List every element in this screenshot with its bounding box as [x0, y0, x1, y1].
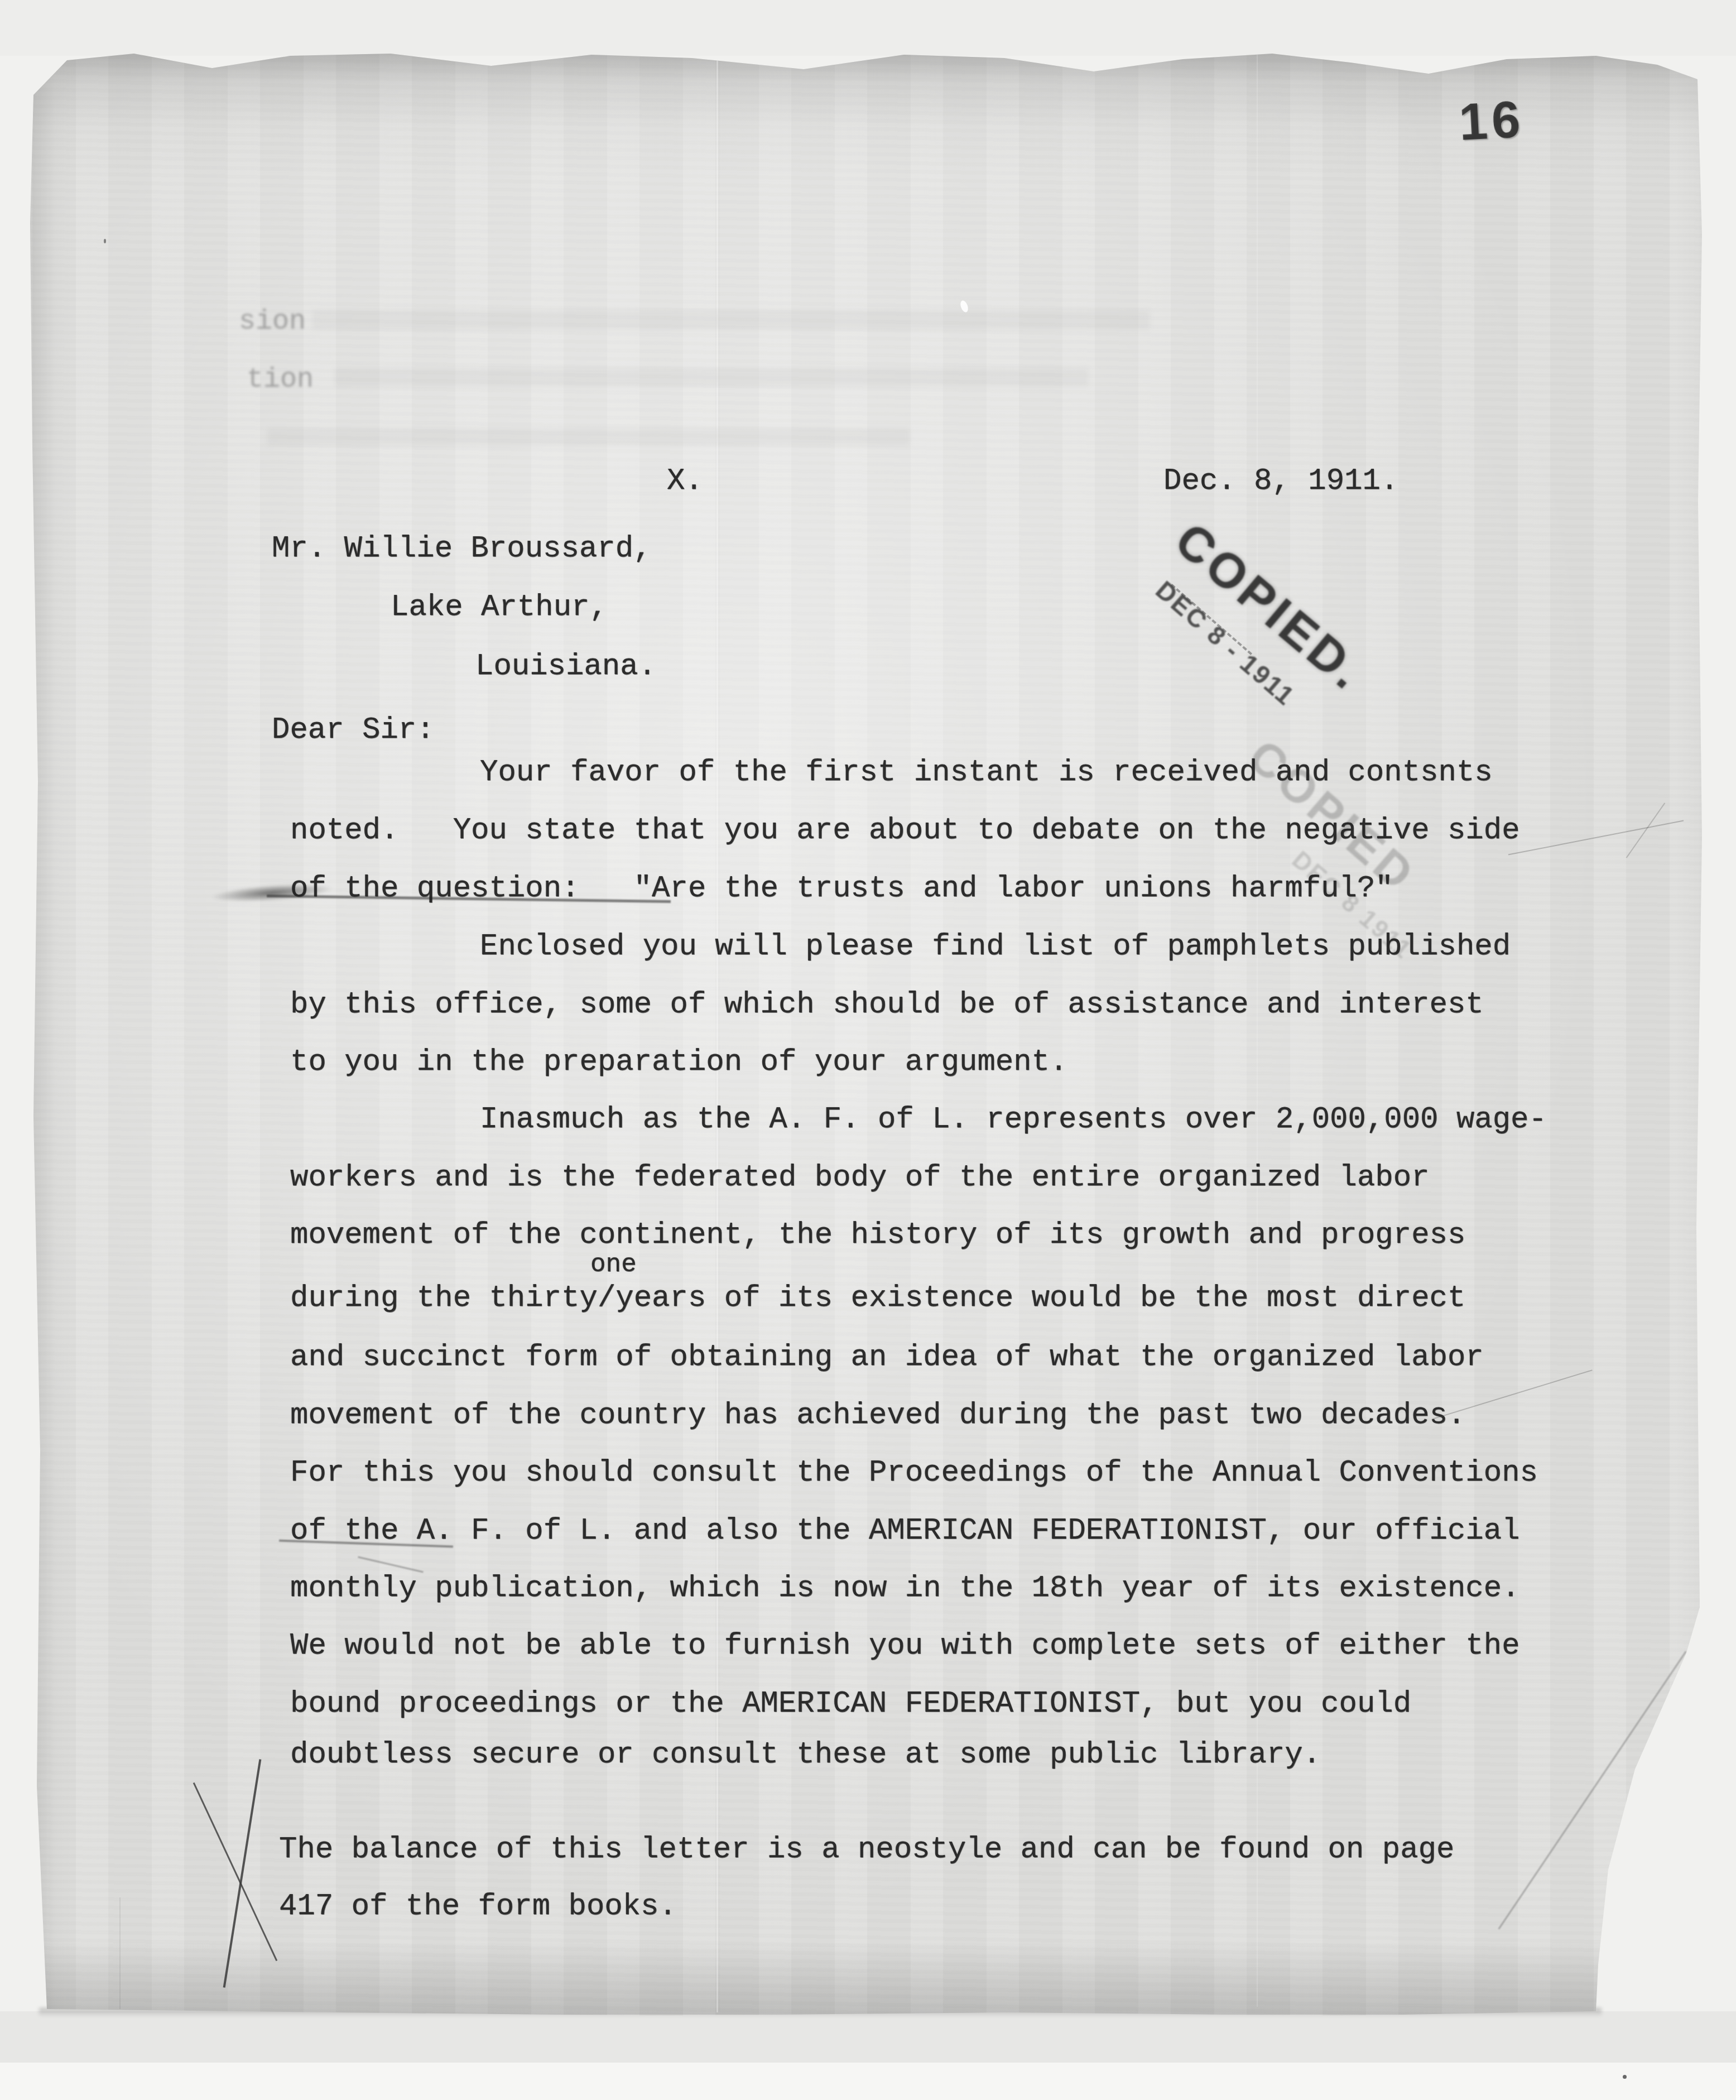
scanned-letter-page: sion tion 16 X. Dec. 8, 1911. COPIED. DE…	[0, 0, 1736, 2100]
margin-x-stroke	[223, 1759, 262, 1988]
typed-insertion-one: one	[590, 1252, 637, 1277]
scanner-background-bottom-light	[0, 2063, 1736, 2100]
right-edge-shadow	[1697, 0, 1736, 2100]
left-edge-shadow	[22, 0, 56, 2100]
letter-paper: sion tion 16 X. Dec. 8, 1911. COPIED. DE…	[0, 0, 1736, 2100]
recipient-city: Lake Arthur,	[391, 593, 608, 623]
recipient-name: Mr. Willie Broussard,	[272, 534, 652, 564]
margin-x-stroke	[193, 1782, 277, 1961]
body-line: monthly publication, which is now in the…	[290, 1574, 1520, 1604]
bleedthrough-line	[312, 310, 1150, 329]
bleedthrough-fragment: sion	[239, 306, 306, 338]
body-line: and succinct form of obtaining an idea o…	[290, 1343, 1484, 1373]
scanner-background-top	[0, 0, 1736, 56]
date-line: Dec. 8, 1911.	[1163, 467, 1398, 497]
ink-speck	[104, 239, 106, 243]
body-line: bound proceedings or the AMERICAN FEDERA…	[290, 1689, 1411, 1719]
postscript-line: 417 of the form books.	[279, 1892, 677, 1922]
body-line: For this you should consult the Proceedi…	[290, 1458, 1538, 1488]
dust-speck	[1623, 2075, 1627, 2079]
pen-tick	[358, 1556, 424, 1573]
bottom-left-crease	[119, 1897, 121, 2009]
body-line: workers and is the federated body of the…	[290, 1163, 1430, 1193]
postscript-line: The balance of this letter is a neostyle…	[279, 1835, 1454, 1865]
ink-speck	[22, 1991, 30, 2002]
bottom-edge-shadow	[0, 1942, 1736, 2015]
scratch-line	[1508, 820, 1684, 855]
body-line: Enclosed you will please find list of pa…	[480, 932, 1511, 962]
corner-fold-crease	[1498, 1651, 1686, 1929]
bleedthrough-fragment: tion	[247, 364, 314, 396]
copy-placement-mark: X.	[667, 467, 703, 497]
scratch-line	[1432, 1369, 1592, 1420]
body-line: by this office, some of which should be …	[290, 990, 1484, 1020]
page-number-stamp: 16	[1458, 90, 1526, 152]
corner-fold-crease-light	[1615, 1634, 1710, 2008]
body-line: Inasmuch as the A. F. of L. represents o…	[480, 1105, 1547, 1135]
scanner-background-bottom	[0, 2011, 1736, 2063]
body-line: We would not be able to furnish you with…	[290, 1631, 1520, 1661]
body-line: doubtless secure or consult these at som…	[290, 1740, 1321, 1770]
bleedthrough-line	[268, 429, 910, 445]
body-line: of the A. F. of L. and also the AMERICAN…	[290, 1516, 1520, 1546]
bleedthrough-line	[335, 368, 1088, 386]
salutation: Dear Sir:	[272, 715, 435, 746]
body-line: Your favor of the first instant is recei…	[480, 758, 1493, 788]
body-line: noted. You state that you are about to d…	[290, 816, 1520, 846]
body-line: movement of the country has achieved dur…	[290, 1401, 1465, 1431]
body-line: movement of the continent, the history o…	[290, 1220, 1465, 1251]
body-line: to you in the preparation of your argume…	[290, 1047, 1067, 1078]
recipient-state: Louisiana.	[475, 652, 656, 682]
body-line: during the thirty/years of its existence…	[290, 1284, 1465, 1314]
